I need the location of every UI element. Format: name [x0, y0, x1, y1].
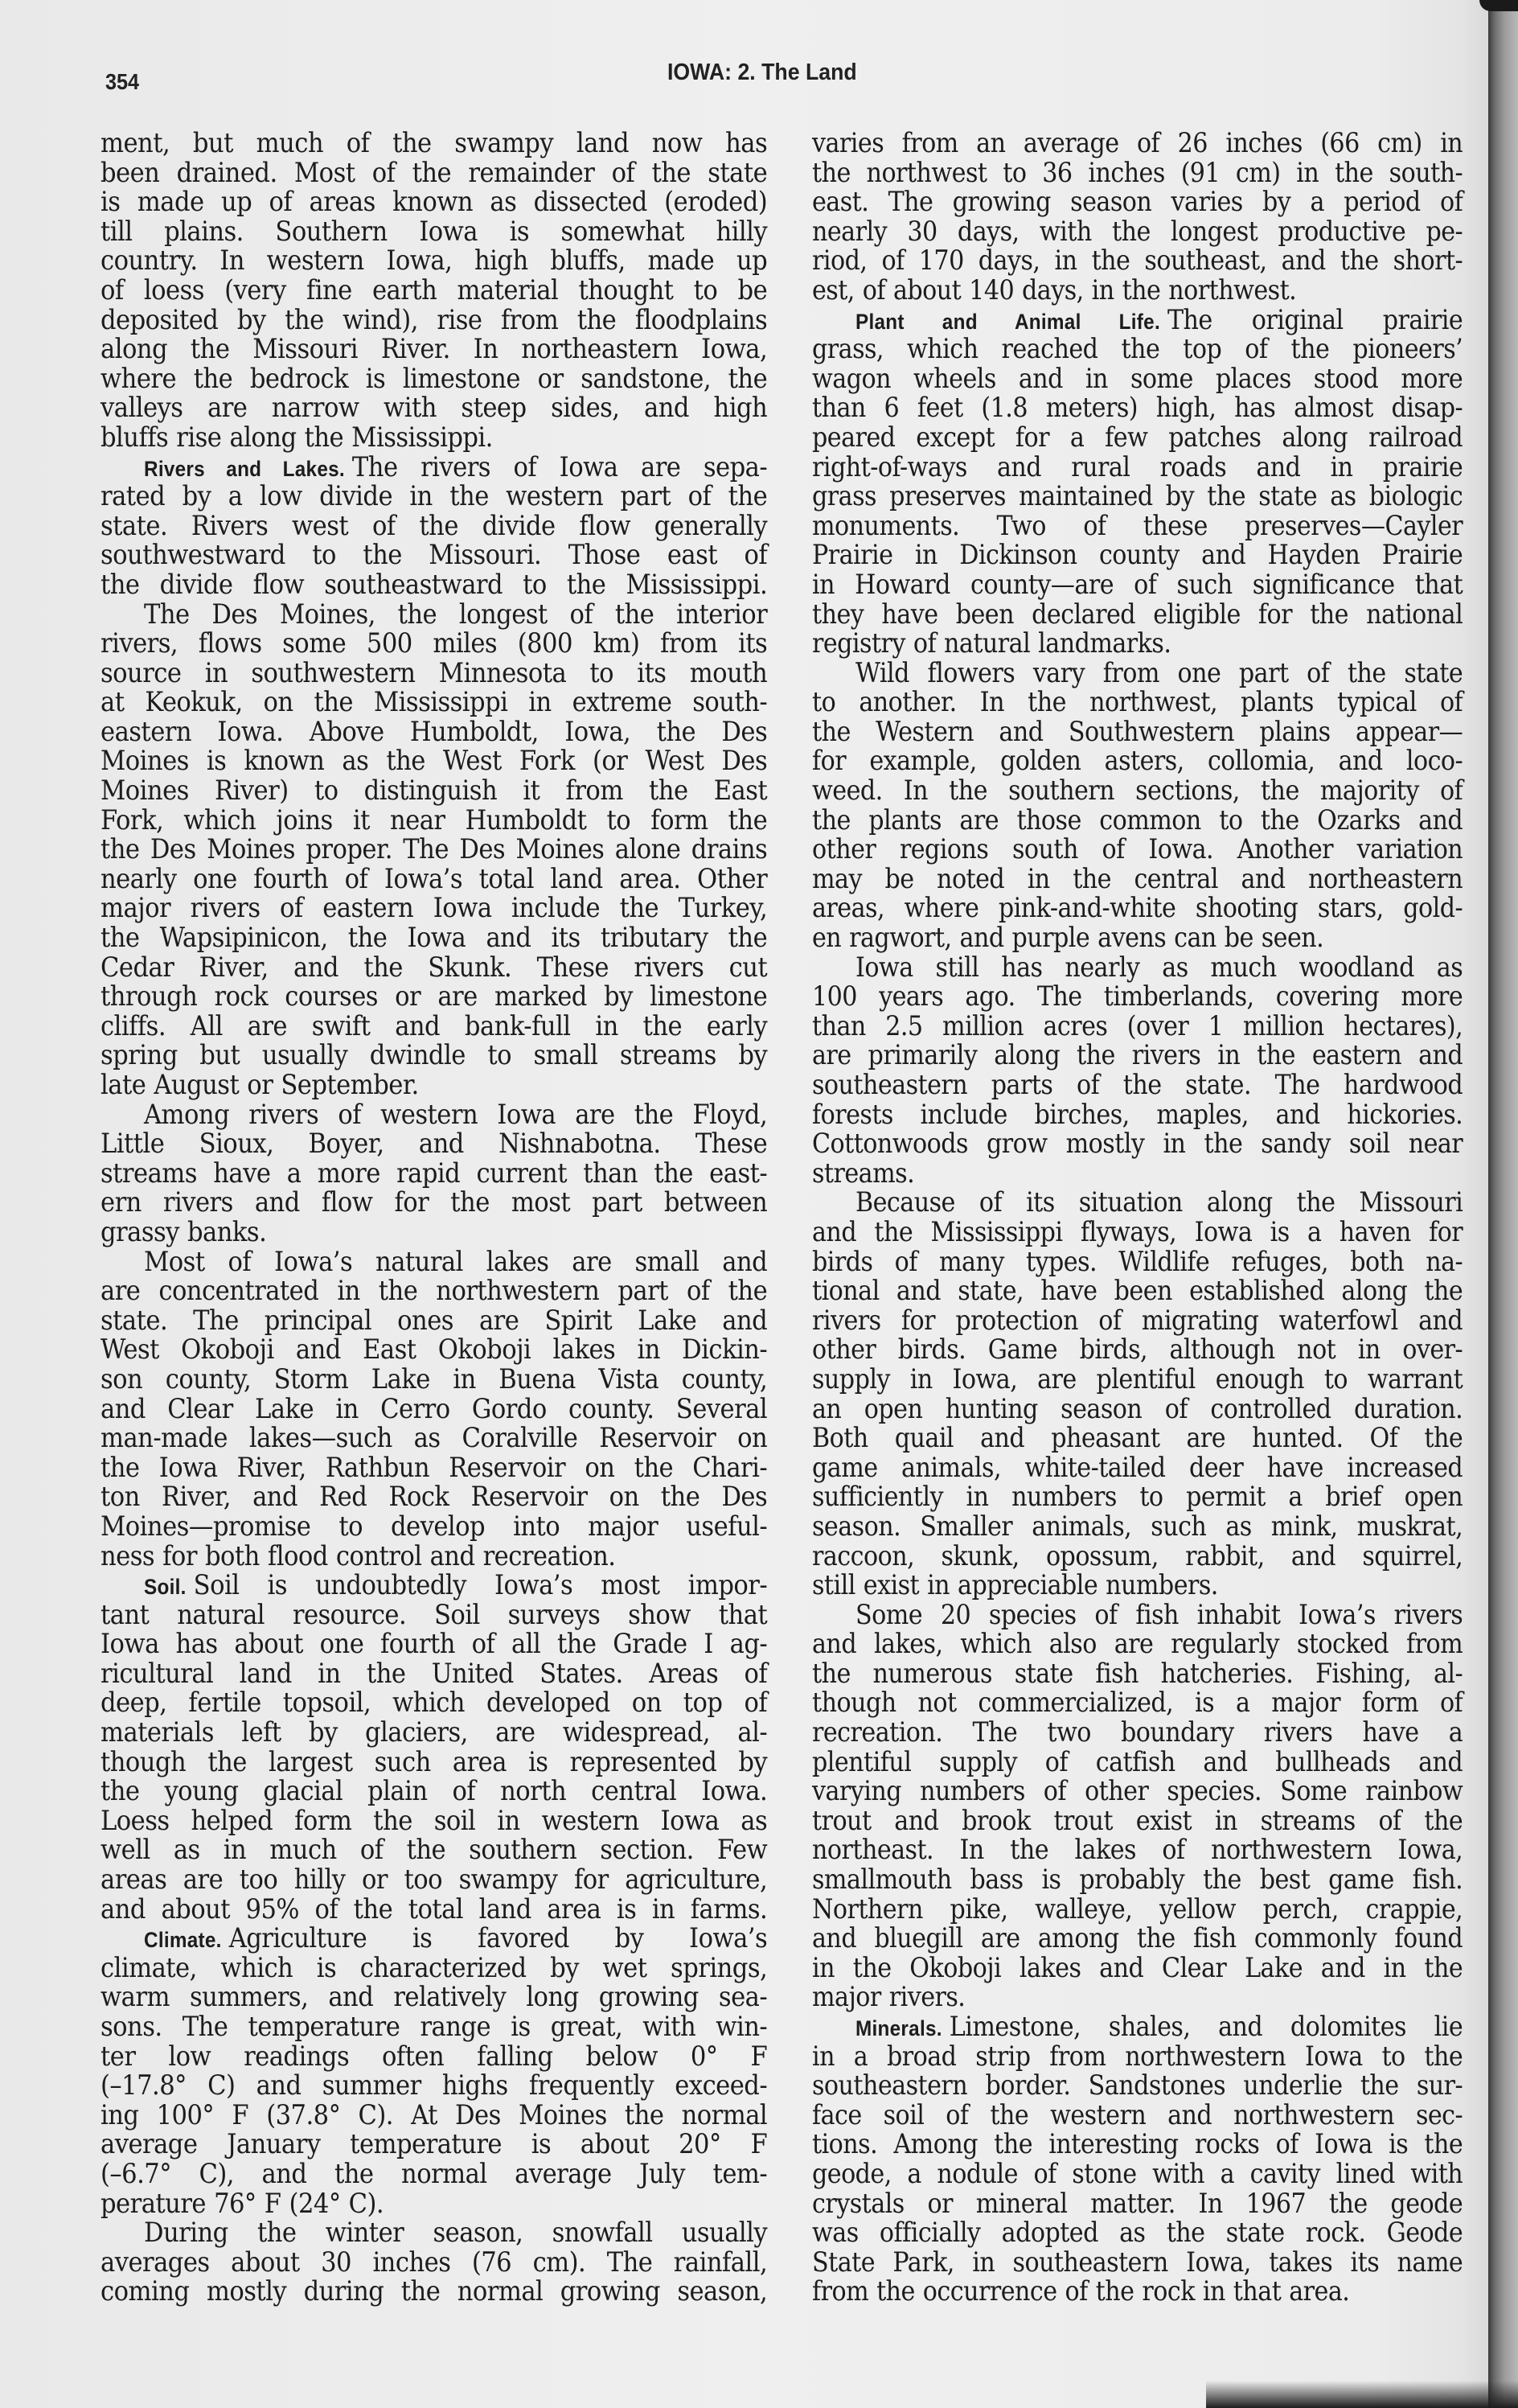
- line-text: areas, where pink-and-white shooting sta…: [812, 892, 1463, 923]
- text-line: been drained. Most of the remainder of t…: [101, 158, 767, 188]
- text-line: monuments. Two of these preserves—Cayler: [812, 512, 1463, 541]
- line-text: raccoon, skunk, opossum, rabbit, and squ…: [812, 1540, 1463, 1572]
- text-line: varying numbers of other species. Some r…: [812, 1777, 1463, 1806]
- line-text: the Iowa River, Rathbun Reservoir on the…: [101, 1452, 767, 1484]
- line-text: During the winter season, snowfall usual…: [144, 2217, 767, 2249]
- text-line: nearly 30 days, with the longest product…: [812, 217, 1463, 247]
- text-line: for example, golden asters, collomia, an…: [812, 746, 1463, 776]
- book-binding-edge: [1479, 0, 1518, 11]
- section-start-line: Climate.Agriculture is favored by Iowa’s: [101, 1924, 767, 1954]
- line-text: wagon wheels and in some places stood mo…: [812, 363, 1463, 394]
- text-line: source in southwestern Minnesota to its …: [101, 659, 767, 688]
- text-line: and bluegill are among the fish commonly…: [812, 1924, 1463, 1954]
- line-text: the plants are those common to the Ozark…: [812, 804, 1463, 836]
- text-line: areas are too hilly or too swampy for ag…: [101, 1865, 767, 1895]
- line-text: eastern Iowa. Above Humboldt, Iowa, the …: [101, 716, 767, 748]
- text-line: Iowa has about one fourth of all the Gra…: [101, 1629, 767, 1659]
- line-text: registry of natural landmarks.: [812, 627, 1171, 659]
- text-line: Some 20 species of fish inhabit Iowa’s r…: [812, 1601, 1463, 1630]
- text-line: ing 100° F (37.8° C). At Des Moines the …: [101, 2101, 767, 2131]
- text-line: Cottonwoods grow mostly in the sandy soi…: [812, 1129, 1463, 1159]
- section-start-line: Minerals.Limestone, shales, and dolomite…: [812, 2012, 1463, 2042]
- text-line: late August or September.: [101, 1070, 767, 1100]
- line-text: plentiful supply of catfish and bullhead…: [812, 1746, 1463, 1777]
- line-text: Moines—promise to develop into major use…: [101, 1510, 767, 1543]
- line-text: varies from an average of 26 inches (66 …: [812, 127, 1463, 158]
- line-text: sufficiently in numbers to permit a brie…: [812, 1481, 1463, 1512]
- line-text: and Clear Lake in Cerro Gordo county. Se…: [101, 1393, 767, 1425]
- text-line: peared except for a few patches along ra…: [812, 423, 1463, 453]
- text-line: season. Smaller animals, such as mink, m…: [812, 1512, 1463, 1542]
- text-line: may be noted in the central and northeas…: [812, 865, 1463, 894]
- text-line: (–6.7° C), and the normal average July t…: [101, 2159, 767, 2189]
- text-line: deep, fertile topsoil, which developed o…: [101, 1688, 767, 1718]
- line-text: the Wapsipinicon, the Iowa and its tribu…: [101, 922, 767, 954]
- line-text: they have been declared eligible for the…: [812, 598, 1463, 630]
- text-line: trout and brook trout exist in streams o…: [812, 1806, 1463, 1836]
- section-heading: Climate.: [144, 1928, 222, 1952]
- left-column: ment, but much of the swampy land now ha…: [101, 129, 768, 2307]
- text-line: weed. In the southern sections, the majo…: [812, 776, 1463, 806]
- text-line: at Keokuk, on the Mississippi in extreme…: [101, 688, 767, 717]
- text-line: ricultural land in the United States. Ar…: [101, 1659, 767, 1689]
- text-line: southwestward to the Missouri. Those eas…: [101, 540, 767, 570]
- line-text: Iowa has about one fourth of all the Gra…: [101, 1628, 767, 1660]
- right-column: varies from an average of 26 inches (66 …: [812, 129, 1463, 2307]
- line-text: Little Sioux, Boyer, and Nishnabotna. Th…: [101, 1128, 767, 1160]
- line-text: state. The principal ones are Spirit Lak…: [101, 1305, 767, 1337]
- line-text: along the Missouri River. In northeaster…: [101, 333, 767, 365]
- text-line: sons. The temperature range is great, wi…: [101, 2012, 767, 2042]
- text-line: and about 95% of the total land area is …: [101, 1895, 767, 1925]
- line-text: averages about 30 inches (76 cm). The ra…: [101, 2246, 767, 2279]
- line-text: (–17.8° C) and summer highs frequently e…: [101, 2069, 767, 2102]
- line-text: Iowa still has nearly as much woodland a…: [855, 951, 1463, 983]
- text-line: and the Mississippi flyways, Iowa is a h…: [812, 1218, 1463, 1247]
- line-text: materials left by glaciers, are widespre…: [101, 1716, 767, 1748]
- text-line: along the Missouri River. In northeaster…: [101, 335, 767, 364]
- book-page: 354 IOWA: 2. The Land ment, but much of …: [0, 0, 1491, 2408]
- line-text: the northwest to 36 inches (91 cm) in th…: [812, 157, 1463, 188]
- line-text: bluffs rise along the Mississippi.: [101, 421, 493, 454]
- line-text: recreation. The two boundary rivers have…: [812, 1716, 1463, 1748]
- line-text: deposited by the wind), rise from the fl…: [101, 304, 767, 336]
- text-line: grass preserves maintained by the state …: [812, 482, 1463, 512]
- line-text: an open hunting season of controlled dur…: [812, 1393, 1463, 1424]
- line-text: son county, Storm Lake in Buena Vista co…: [101, 1363, 767, 1395]
- text-line: coming mostly during the normal growing …: [101, 2277, 767, 2307]
- line-text: major rivers of eastern Iowa include the…: [101, 892, 767, 924]
- text-line: northeast. In the lakes of northwestern …: [812, 1835, 1463, 1865]
- line-text: geode, a nodule of stone with a cavity l…: [812, 2158, 1463, 2189]
- line-text: grass preserves maintained by the state …: [812, 480, 1463, 512]
- text-line: southeastern border. Sandstones underlie…: [812, 2071, 1463, 2101]
- text-line: ment, but much of the swampy land now ha…: [101, 129, 767, 158]
- text-line: other regions south of Iowa. Another var…: [812, 835, 1463, 865]
- text-line: are primarily along the rivers in the ea…: [812, 1041, 1463, 1070]
- text-line: sufficiently in numbers to permit a brie…: [812, 1482, 1463, 1512]
- line-text: en ragwort, and purple avens can be seen…: [812, 922, 1323, 953]
- text-line: right-of-ways and rural roads and in pra…: [812, 453, 1463, 483]
- line-text: grass, which reached the top of the pion…: [812, 333, 1463, 364]
- text-line: materials left by glaciers, are widespre…: [101, 1718, 767, 1748]
- line-text: The original prairie: [1167, 304, 1463, 335]
- text-line: face soil of the western and northwester…: [812, 2101, 1463, 2131]
- line-text: and about 95% of the total land area is …: [101, 1893, 767, 1925]
- line-text: tional and state, have been established …: [812, 1275, 1463, 1306]
- line-text: northeast. In the lakes of northwestern …: [812, 1834, 1463, 1865]
- line-text: the Des Moines proper. The Des Moines al…: [101, 833, 767, 865]
- text-line: from the occurrence of the rock in that …: [812, 2277, 1463, 2307]
- text-line: is made up of areas known as dissected (…: [101, 187, 767, 217]
- text-line: eastern Iowa. Above Humboldt, Iowa, the …: [101, 717, 767, 747]
- text-line: crystals or mineral matter. In 1967 the …: [812, 2189, 1463, 2219]
- text-line: though the largest such area is represen…: [101, 1748, 767, 1777]
- line-text: Most of Iowa’s natural lakes are small a…: [144, 1246, 767, 1278]
- text-line: other birds. Game birds, although not in…: [812, 1335, 1463, 1365]
- line-text: forests include birches, maples, and hic…: [812, 1099, 1463, 1130]
- text-line: Iowa still has nearly as much woodland a…: [812, 953, 1463, 983]
- text-line: Wild flowers vary from one part of the s…: [812, 659, 1463, 688]
- text-line: the numerous state fish hatcheries. Fish…: [812, 1659, 1463, 1689]
- line-text: streams.: [812, 1157, 914, 1189]
- line-text: are concentrated in the northwestern par…: [101, 1275, 767, 1307]
- text-line: rivers for protection of migrating water…: [812, 1306, 1463, 1336]
- text-line: (–17.8° C) and summer highs frequently e…: [101, 2071, 767, 2101]
- book-spine-shadow: [1488, 0, 1518, 2408]
- line-text: the Western and Southwestern plains appe…: [812, 716, 1463, 747]
- text-line: tions. Among the interesting rocks of Io…: [812, 2130, 1463, 2159]
- text-line: grass, which reached the top of the pion…: [812, 335, 1463, 364]
- line-text: other birds. Game birds, although not in…: [812, 1333, 1463, 1365]
- text-line: areas, where pink-and-white shooting sta…: [812, 894, 1463, 923]
- text-line: southeastern parts of the state. The har…: [812, 1070, 1463, 1100]
- text-line: still exist in appreciable numbers.: [812, 1571, 1463, 1601]
- line-text: and bluegill are among the fish commonly…: [812, 1922, 1463, 1954]
- line-text: ing 100° F (37.8° C). At Des Moines the …: [101, 2099, 767, 2131]
- text-line: forests include birches, maples, and hic…: [812, 1100, 1463, 1130]
- line-text: been drained. Most of the remainder of t…: [101, 157, 767, 189]
- line-text: Prairie in Dickinson county and Hayden P…: [812, 539, 1463, 570]
- line-text: Loess helped form the soil in western Io…: [101, 1805, 767, 1837]
- text-line: average January temperature is about 20°…: [101, 2130, 767, 2159]
- text-line: grassy banks.: [101, 1218, 767, 1247]
- text-line: The Des Moines, the longest of the inter…: [101, 600, 767, 630]
- text-line: rated by a low divide in the western par…: [101, 482, 767, 512]
- line-text: monuments. Two of these preserves—Cayler: [812, 510, 1463, 541]
- text-line: plentiful supply of catfish and bullhead…: [812, 1748, 1463, 1777]
- text-line: geode, a nodule of stone with a cavity l…: [812, 2159, 1463, 2189]
- text-line: in Howard county—are of such significanc…: [812, 570, 1463, 600]
- text-line: of loess (very fine earth material thoug…: [101, 276, 767, 306]
- text-line: est, of about 140 days, in the northwest…: [812, 276, 1463, 306]
- text-line: son county, Storm Lake in Buena Vista co…: [101, 1365, 767, 1395]
- text-line: en ragwort, and purple avens can be seen…: [812, 923, 1463, 953]
- text-line: Loess helped form the soil in western Io…: [101, 1806, 767, 1836]
- page-header: 354 IOWA: 2. The Land: [0, 56, 1491, 88]
- text-line: Moines—promise to develop into major use…: [101, 1512, 767, 1542]
- line-text: nearly 30 days, with the longest product…: [812, 216, 1463, 247]
- line-text: for example, golden asters, collomia, an…: [812, 745, 1463, 776]
- text-line: Fork, which joins it near Humboldt to fo…: [101, 806, 767, 836]
- line-text: east. The growing season varies by a per…: [812, 186, 1463, 217]
- text-line: raccoon, skunk, opossum, rabbit, and squ…: [812, 1542, 1463, 1572]
- line-text: smallmouth bass is probably the best gam…: [812, 1864, 1463, 1895]
- line-text: grassy banks.: [101, 1216, 266, 1248]
- line-text: rivers for protection of migrating water…: [812, 1305, 1463, 1336]
- text-line: Prairie in Dickinson county and Hayden P…: [812, 540, 1463, 570]
- page-corner-shadow: [1206, 2381, 1518, 2408]
- line-text: valleys are narrow with steep sides, and…: [101, 392, 767, 424]
- line-text: rated by a low divide in the western par…: [101, 480, 767, 512]
- text-line: perature 76° F (24° C).: [101, 2189, 767, 2219]
- line-text: peared except for a few patches along ra…: [812, 421, 1463, 453]
- line-text: cliffs. All are swift and bank-full in t…: [101, 1010, 767, 1042]
- text-line: registry of natural landmarks.: [812, 629, 1463, 659]
- text-line: ton River, and Red Rock Reservoir on the…: [101, 1482, 767, 1512]
- text-line: climate, which is characterized by wet s…: [101, 1954, 767, 1983]
- line-text: to another. In the northwest, plants typ…: [812, 686, 1463, 717]
- line-text: riod, of 170 days, in the southeast, and…: [812, 244, 1463, 276]
- line-text: and lakes, which also are regularly stoc…: [812, 1628, 1463, 1659]
- text-line: where the bedrock is limestone or sandst…: [101, 364, 767, 394]
- line-text: (–6.7° C), and the normal average July t…: [101, 2158, 767, 2190]
- line-text: source in southwestern Minnesota to its …: [101, 657, 767, 689]
- text-line: deposited by the wind), rise from the fl…: [101, 306, 767, 335]
- line-text: Moines is known as the West Fork (or Wes…: [101, 745, 767, 777]
- line-text: average January temperature is about 20°…: [101, 2128, 767, 2160]
- line-text: are primarily along the rivers in the ea…: [812, 1039, 1463, 1070]
- line-text: supply in Iowa, are plentiful enough to …: [812, 1363, 1463, 1395]
- text-line: ness for both flood control and recreati…: [101, 1542, 767, 1572]
- text-line: to another. In the northwest, plants typ…: [812, 688, 1463, 717]
- text-line: than 6 feet (1.8 meters) high, has almos…: [812, 393, 1463, 423]
- text-line: Both quail and pheasant are hunted. Of t…: [812, 1424, 1463, 1453]
- text-line: wagon wheels and in some places stood mo…: [812, 364, 1463, 394]
- line-text: till plains. Southern Iowa is somewhat h…: [101, 216, 767, 248]
- line-text: ricultural land in the United States. Ar…: [101, 1658, 767, 1690]
- line-text: from the occurrence of the rock in that …: [812, 2275, 1349, 2307]
- text-line: are concentrated in the northwestern par…: [101, 1276, 767, 1306]
- line-text: southeastern parts of the state. The har…: [812, 1069, 1463, 1100]
- text-line: the young glacial plain of north central…: [101, 1777, 767, 1806]
- text-line: riod, of 170 days, in the southeast, and…: [812, 246, 1463, 276]
- text-line: state. The principal ones are Spirit Lak…: [101, 1306, 767, 1336]
- line-text: where the bedrock is limestone or sandst…: [101, 363, 767, 395]
- text-line: through rock courses or are marked by li…: [101, 982, 767, 1012]
- section-heading: Rivers and Lakes.: [144, 457, 345, 481]
- line-text: Cedar River, and the Skunk. These rivers…: [101, 951, 767, 984]
- text-line: valleys are narrow with steep sides, and…: [101, 393, 767, 423]
- line-text: Among rivers of western Iowa are the Flo…: [144, 1099, 767, 1131]
- line-text: in a broad strip from northwestern Iowa …: [812, 2040, 1463, 2072]
- line-text: ton River, and Red Rock Reservoir on the…: [101, 1481, 767, 1513]
- line-text: at Keokuk, on the Mississippi in extreme…: [101, 686, 767, 718]
- line-text: areas are too hilly or too swampy for ag…: [101, 1864, 767, 1896]
- line-text: game animals, white-tailed deer have inc…: [812, 1452, 1463, 1483]
- line-text: well as in much of the southern section.…: [101, 1834, 767, 1866]
- text-line: Among rivers of western Iowa are the Flo…: [101, 1100, 767, 1130]
- text-line: was officially adopted as the state rock…: [812, 2218, 1463, 2248]
- text-line: major rivers.: [812, 1983, 1463, 2012]
- line-text: in the Okoboji lakes and Clear Lake and …: [812, 1952, 1463, 1983]
- line-text: face soil of the western and northwester…: [812, 2099, 1463, 2131]
- text-line: rivers, flows some 500 miles (800 km) fr…: [101, 629, 767, 659]
- line-text: West Okoboji and East Okoboji lakes in D…: [101, 1333, 767, 1366]
- line-text: than 2.5 million acres (over 1 million h…: [812, 1010, 1463, 1042]
- text-line: varies from an average of 26 inches (66 …: [812, 129, 1463, 158]
- text-line: the northwest to 36 inches (91 cm) in th…: [812, 158, 1463, 188]
- line-text: other regions south of Iowa. Another var…: [812, 833, 1463, 865]
- line-text: varying numbers of other species. Some r…: [812, 1775, 1463, 1806]
- line-text: though the largest such area is represen…: [101, 1746, 767, 1778]
- text-line: averages about 30 inches (76 cm). The ra…: [101, 2248, 767, 2278]
- line-text: climate, which is characterized by wet s…: [101, 1952, 767, 1984]
- line-text: right-of-ways and rural roads and in pra…: [812, 451, 1463, 483]
- line-text: Limestone, shales, and dolomites lie: [950, 2011, 1463, 2042]
- text-line: the Des Moines proper. The Des Moines al…: [101, 835, 767, 865]
- text-line: Little Sioux, Boyer, and Nishnabotna. Th…: [101, 1129, 767, 1159]
- text-line: major rivers of eastern Iowa include the…: [101, 894, 767, 923]
- line-text: Fork, which joins it near Humboldt to fo…: [101, 804, 767, 836]
- line-text: though not commercialized, is a major fo…: [812, 1687, 1463, 1718]
- line-text: was officially adopted as the state rock…: [812, 2217, 1463, 2248]
- text-line: country. In western Iowa, high bluffs, m…: [101, 246, 767, 276]
- text-line: the plants are those common to the Ozark…: [812, 806, 1463, 836]
- line-text: country. In western Iowa, high bluffs, m…: [101, 244, 767, 277]
- text-line: Moines River) to distinguish it from the…: [101, 776, 767, 806]
- line-text: 100 years ago. The timberlands, covering…: [812, 980, 1463, 1012]
- text-line: West Okoboji and East Okoboji lakes in D…: [101, 1335, 767, 1365]
- line-text: the numerous state fish hatcheries. Fish…: [812, 1658, 1463, 1689]
- line-text: Agriculture is favored by Iowa’s: [229, 1922, 767, 1954]
- section-heading: Plant and Animal Life.: [855, 310, 1160, 334]
- text-line: nearly one fourth of Iowa’s total land a…: [101, 865, 767, 894]
- text-line: Most of Iowa’s natural lakes are small a…: [101, 1247, 767, 1277]
- text-line: well as in much of the southern section.…: [101, 1835, 767, 1865]
- line-text: ter low readings often falling below 0° …: [101, 2040, 767, 2073]
- line-text: major rivers.: [812, 1981, 965, 2012]
- line-text: in Howard county—are of such significanc…: [812, 569, 1463, 600]
- line-text: tions. Among the interesting rocks of Io…: [812, 2128, 1463, 2159]
- line-text: nearly one fourth of Iowa’s total land a…: [101, 863, 767, 895]
- line-text: Wild flowers vary from one part of the s…: [855, 657, 1463, 688]
- line-text: ment, but much of the swampy land now ha…: [101, 127, 767, 159]
- line-text: est, of about 140 days, in the northwest…: [812, 274, 1296, 306]
- text-line: supply in Iowa, are plentiful enough to …: [812, 1365, 1463, 1395]
- text-line: 100 years ago. The timberlands, covering…: [812, 982, 1463, 1012]
- text-line: an open hunting season of controlled dur…: [812, 1395, 1463, 1424]
- text-line: in the Okoboji lakes and Clear Lake and …: [812, 1954, 1463, 1983]
- text-line: warm summers, and relatively long growin…: [101, 1983, 767, 2012]
- line-text: still exist in appreciable numbers.: [812, 1569, 1218, 1601]
- text-line: though not commercialized, is a major fo…: [812, 1688, 1463, 1718]
- running-head: IOWA: 2. The Land: [667, 60, 857, 86]
- text-line: they have been declared eligible for the…: [812, 600, 1463, 630]
- section-heading: Minerals.: [855, 2016, 942, 2040]
- line-text: tant natural resource. Soil surveys show…: [101, 1599, 767, 1631]
- text-line: game animals, white-tailed deer have inc…: [812, 1453, 1463, 1483]
- line-text: Because of its situation along the Misso…: [855, 1186, 1463, 1218]
- line-text: The Des Moines, the longest of the inter…: [144, 598, 767, 631]
- line-text: than 6 feet (1.8 meters) high, has almos…: [812, 392, 1463, 423]
- section-start-line: Rivers and Lakes.The rivers of Iowa are …: [101, 453, 767, 483]
- line-text: trout and brook trout exist in streams o…: [812, 1805, 1463, 1836]
- text-line: till plains. Southern Iowa is somewhat h…: [101, 217, 767, 247]
- section-start-line: Soil.Soil is undoubtedly Iowa’s most imp…: [101, 1571, 767, 1601]
- line-text: state. Rivers west of the divide flow ge…: [101, 510, 767, 542]
- text-line: Cedar River, and the Skunk. These rivers…: [101, 953, 767, 983]
- line-text: perature 76° F (24° C).: [101, 2188, 384, 2220]
- text-line: in a broad strip from northwestern Iowa …: [812, 2042, 1463, 2072]
- text-line: than 2.5 million acres (over 1 million h…: [812, 1012, 1463, 1042]
- line-text: Some 20 species of fish inhabit Iowa’s r…: [855, 1599, 1463, 1630]
- line-text: Moines River) to distinguish it from the…: [101, 775, 767, 807]
- section-heading: Soil.: [144, 1575, 187, 1599]
- text-line: the Iowa River, Rathbun Reservoir on the…: [101, 1453, 767, 1483]
- line-text: coming mostly during the normal growing …: [101, 2275, 767, 2307]
- text-line: and Clear Lake in Cerro Gordo county. Se…: [101, 1395, 767, 1424]
- line-text: and the Mississippi flyways, Iowa is a h…: [812, 1216, 1463, 1247]
- text-line: and lakes, which also are regularly stoc…: [812, 1629, 1463, 1659]
- text-line: State Park, in southeastern Iowa, takes …: [812, 2248, 1463, 2278]
- text-line: birds of many types. Wildlife refuges, b…: [812, 1247, 1463, 1277]
- line-text: Both quail and pheasant are hunted. Of t…: [812, 1422, 1463, 1453]
- line-text: birds of many types. Wildlife refuges, b…: [812, 1246, 1463, 1277]
- line-text: ness for both flood control and recreati…: [101, 1540, 615, 1572]
- text-line: tant natural resource. Soil surveys show…: [101, 1601, 767, 1630]
- text-line: spring but usually dwindle to small stre…: [101, 1041, 767, 1070]
- line-text: crystals or mineral matter. In 1967 the …: [812, 2188, 1463, 2219]
- line-text: may be noted in the central and northeas…: [812, 863, 1463, 894]
- text-line: tional and state, have been established …: [812, 1276, 1463, 1306]
- line-text: is made up of areas known as dissected (…: [101, 186, 767, 218]
- text-line: streams have a more rapid current than t…: [101, 1159, 767, 1189]
- text-line: Because of its situation along the Misso…: [812, 1188, 1463, 1218]
- text-line: ern rivers and flow for the most part be…: [101, 1188, 767, 1218]
- line-text: of loess (very fine earth material thoug…: [101, 274, 767, 306]
- line-text: Northern pike, walleye, yellow perch, cr…: [812, 1893, 1463, 1925]
- text-line: Northern pike, walleye, yellow perch, cr…: [812, 1895, 1463, 1925]
- line-text: sons. The temperature range is great, wi…: [101, 2011, 767, 2043]
- line-text: through rock courses or are marked by li…: [101, 980, 767, 1013]
- text-line: Moines is known as the West Fork (or Wes…: [101, 746, 767, 776]
- text-line: the Wapsipinicon, the Iowa and its tribu…: [101, 923, 767, 953]
- section-start-line: Plant and Animal Life.The original prair…: [812, 306, 1463, 335]
- text-line: During the winter season, snowfall usual…: [101, 2218, 767, 2248]
- line-text: the young glacial plain of north central…: [101, 1775, 767, 1807]
- text-line: east. The growing season varies by a per…: [812, 187, 1463, 217]
- line-text: rivers, flows some 500 miles (800 km) fr…: [101, 627, 767, 660]
- line-text: late August or September.: [101, 1069, 419, 1101]
- text-line: bluffs rise along the Mississippi.: [101, 423, 767, 453]
- line-text: warm summers, and relatively long growin…: [101, 1981, 767, 2013]
- text-line: smallmouth bass is probably the best gam…: [812, 1865, 1463, 1895]
- line-text: weed. In the southern sections, the majo…: [812, 775, 1463, 806]
- line-text: Soil is undoubtedly Iowa’s most impor-: [194, 1569, 768, 1601]
- line-text: the divide flow southeastward to the Mis…: [101, 569, 767, 601]
- page-number: 354: [105, 69, 139, 95]
- text-line: man-made lakes—such as Coralville Reserv…: [101, 1424, 767, 1453]
- line-text: spring but usually dwindle to small stre…: [101, 1039, 767, 1071]
- line-text: season. Smaller animals, such as mink, m…: [812, 1510, 1463, 1542]
- text-line: recreation. The two boundary rivers have…: [812, 1718, 1463, 1748]
- line-text: southeastern border. Sandstones underlie…: [812, 2069, 1463, 2101]
- line-text: streams have a more rapid current than t…: [101, 1157, 767, 1190]
- text-line: the divide flow southeastward to the Mis…: [101, 570, 767, 600]
- line-text: deep, fertile topsoil, which developed o…: [101, 1687, 767, 1719]
- text-line: state. Rivers west of the divide flow ge…: [101, 512, 767, 541]
